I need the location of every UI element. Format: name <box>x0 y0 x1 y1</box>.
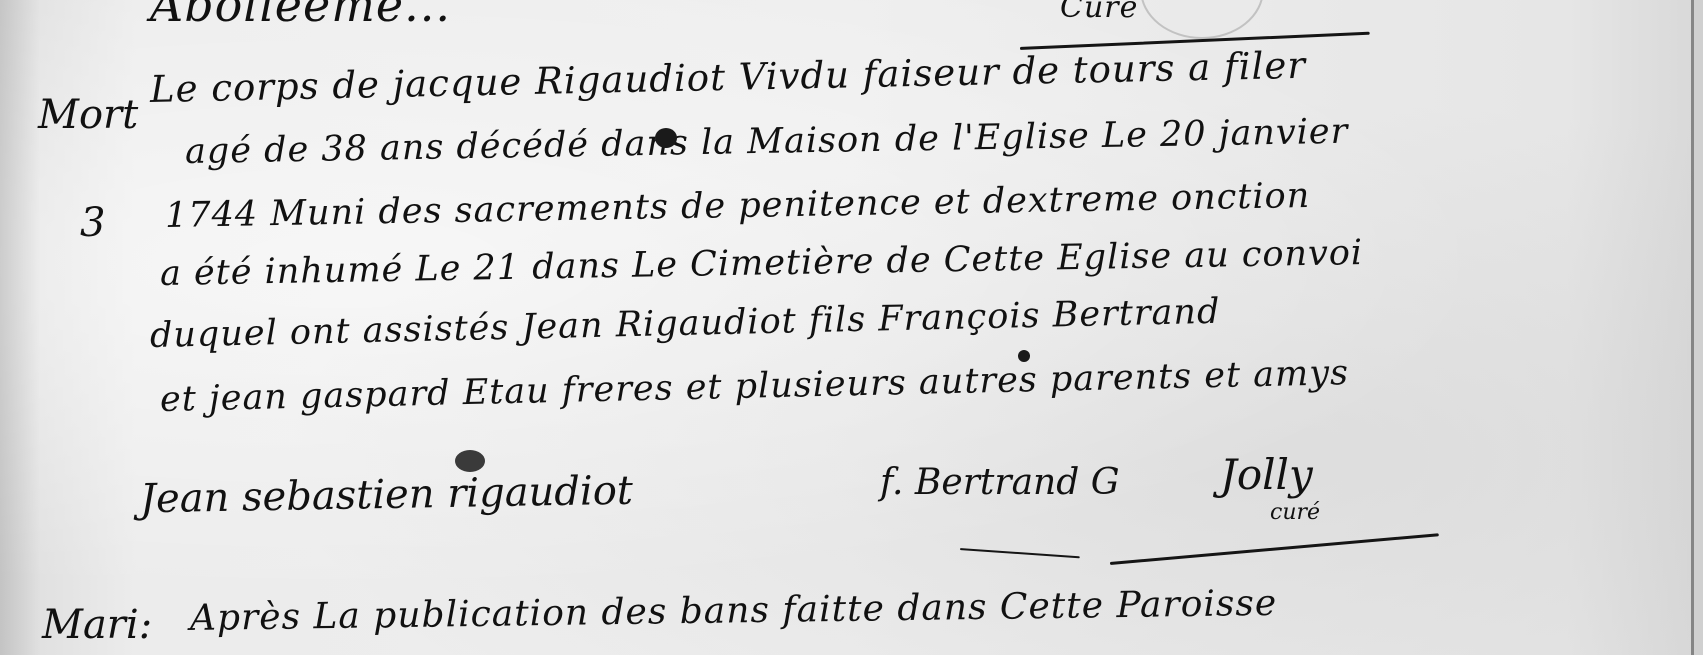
signature-flourish <box>1110 533 1439 565</box>
signature-jolly: Jolly <box>1220 450 1313 499</box>
header-right-fragment: Curé <box>1060 0 1138 25</box>
burial-line-2: agé de 38 ans décédé dans la Maison de l… <box>185 112 1349 172</box>
burial-line-3: 1744 Muni des sacrements de penitence et… <box>165 176 1311 236</box>
signature-f-bertrand: f. Bertrand G <box>880 462 1119 503</box>
page-edge-shadow <box>0 0 40 655</box>
burial-line-4: a été inhumé Le 21 dans Le Cimetière de … <box>160 233 1364 294</box>
signature-jolly-title: curé <box>1270 500 1320 525</box>
ink-blot <box>455 450 485 472</box>
entry-number: 3 <box>80 200 105 246</box>
signature-flourish <box>960 548 1080 558</box>
signature-jean-sebastien-rigaudiot: Jean sebastien rigaudiot <box>140 468 634 523</box>
page-edge-strip <box>1694 0 1703 655</box>
burial-line-6: et jean gaspard Etau freres et plusieurs… <box>160 353 1350 420</box>
ink-blot <box>1018 350 1030 362</box>
register-page-scan: Abolieeme... Curé Mort 3 Le corps de jac… <box>0 0 1703 655</box>
marriage-line-1: Après La publication des bans faitte dan… <box>190 583 1278 639</box>
faint-stain-circle <box>1140 0 1264 39</box>
burial-line-5: duquel ont assistés Jean Rigaudiot fils … <box>150 292 1221 356</box>
margin-label-mort: Mort <box>38 92 138 138</box>
margin-label-mari: Mari: <box>42 602 152 648</box>
burial-line-1: Le corps de jacque Rigaudiot Vivdu faise… <box>150 44 1307 111</box>
header-fragment: Abolieeme... <box>150 0 451 32</box>
ink-blot <box>655 128 677 148</box>
